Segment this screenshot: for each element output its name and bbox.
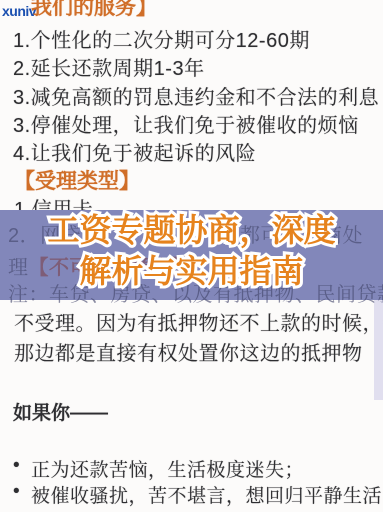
service-item-3: 3.减免高额的罚息违约金和不合法的利息: [13, 81, 379, 110]
section-header-accept-types: 【受理类型】: [14, 165, 140, 195]
bullet-item-1-text: 正为还款苦恼，生活极度迷失；: [31, 455, 304, 482]
bullet-dot: •: [13, 481, 31, 503]
overlay-title-line1: 工资专题协商，深度 工资专题协商，深度: [0, 212, 383, 248]
service-item-1: 1.个性化的二次分期可分12-60期: [13, 24, 310, 53]
service-item-2: 2.延长还款周期1-3年: [13, 52, 205, 81]
overlay-title-line2-text: 解析与实用指南: [79, 253, 303, 289]
prompt-if-you: 如果你——: [13, 398, 108, 425]
service-item-5: 4.让我们免于被起诉的风险: [13, 137, 256, 166]
service-item-4: 3.停催处理，让我们免于被催收的烦恼: [13, 109, 359, 138]
bullet-item-2: • 被催收骚扰，苦不堪言，想回归平静生活；: [13, 481, 383, 508]
section-header-services-partial: 我们的服务】: [31, 0, 157, 21]
bullet-dot: •: [13, 455, 31, 477]
body-text-line1: 不受理。因为有抵押物还不上款的时候，银行: [14, 307, 383, 336]
overlay-title-line1-text: 工资专题协商，深度: [47, 212, 335, 248]
overlay-title-line2: 解析与实用指南 解析与实用指南: [0, 253, 383, 289]
article-image: xuniv 我们的服务】 1.个性化的二次分期可分12-60期 2.延长还款周期…: [0, 0, 383, 512]
bullet-item-1: • 正为还款苦恼，生活极度迷失；: [13, 455, 304, 482]
body-text-line2: 那边都是直接有权处置你这边的抵押物: [14, 337, 363, 366]
bullet-item-2-text: 被催收骚扰，苦不堪言，想回归平静生活；: [31, 481, 383, 508]
